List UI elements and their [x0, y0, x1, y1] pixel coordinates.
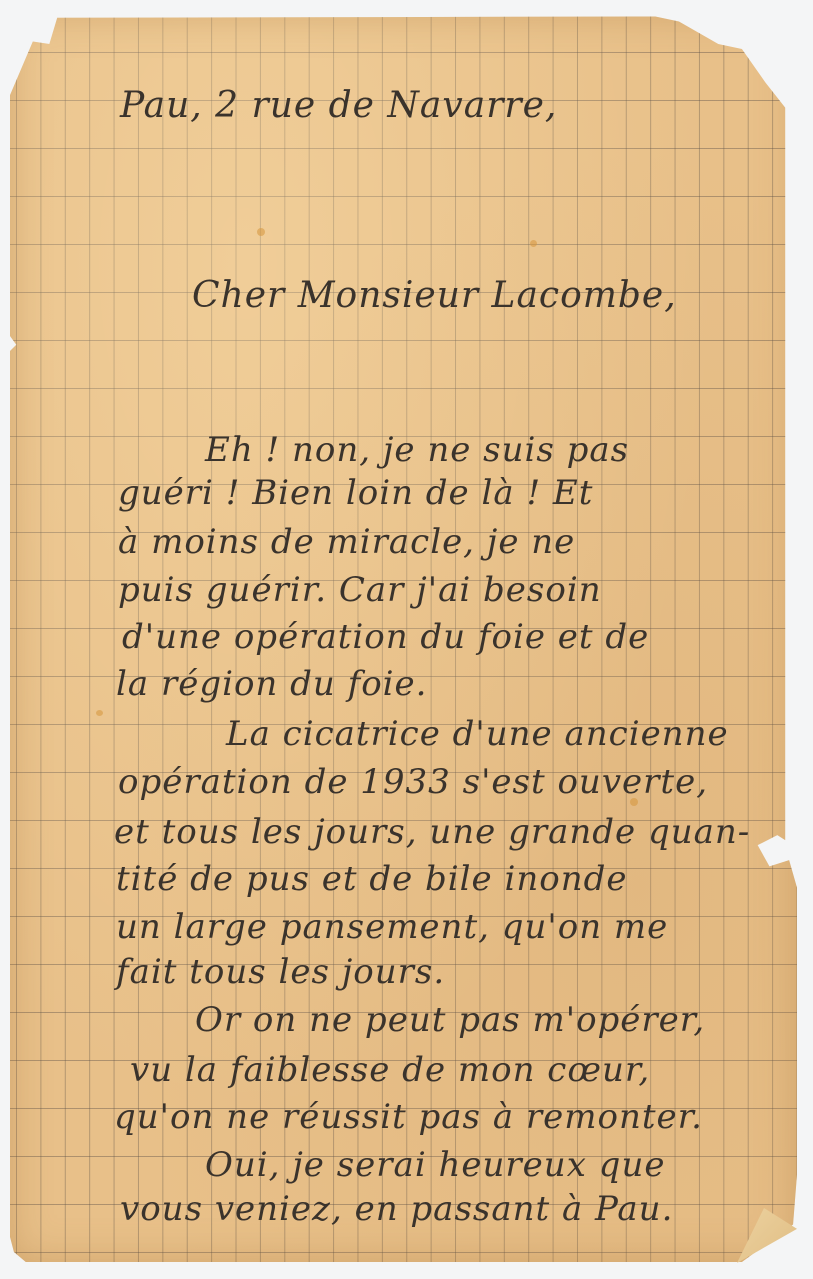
body-line: guéri ! Bien loin de là ! Et: [118, 476, 593, 510]
body-line: à moins de miracle, je ne: [118, 525, 575, 559]
body-line: vu la faiblesse de mon cœur,: [130, 1053, 650, 1087]
body-line: fait tous les jours.: [116, 955, 445, 989]
body-line: Eh ! non, je ne suis pas: [205, 433, 629, 467]
body-line: opération de 1933 s'est ouverte,: [118, 765, 708, 799]
body-line: vous veniez, en passant à Pau.: [120, 1192, 673, 1226]
body-line: la région du foie.: [116, 667, 427, 701]
body-line: et tous les jours, une grande quan-: [114, 815, 750, 849]
body-line: un large pansement, qu'on me: [116, 910, 668, 944]
body-line: d'une opération du foie et de: [122, 620, 649, 654]
stain-mark: [96, 710, 103, 716]
letter-salutation: Cher Monsieur Lacombe,: [192, 278, 677, 314]
body-line: tité de pus et de bile inonde: [116, 862, 628, 896]
body-line: La cicatrice d'une ancienne: [226, 717, 729, 751]
body-line: Oui, je serai heureux que: [205, 1148, 665, 1182]
letter-address: Pau, 2 rue de Navarre,: [120, 88, 557, 124]
body-line: Or on ne peut pas m'opérer,: [195, 1003, 705, 1037]
body-line: puis guérir. Car j'ai besoin: [118, 573, 602, 607]
stain-mark: [257, 228, 265, 236]
stain-mark: [530, 240, 537, 247]
body-line: qu'on ne réussit pas à remonter.: [114, 1100, 703, 1134]
